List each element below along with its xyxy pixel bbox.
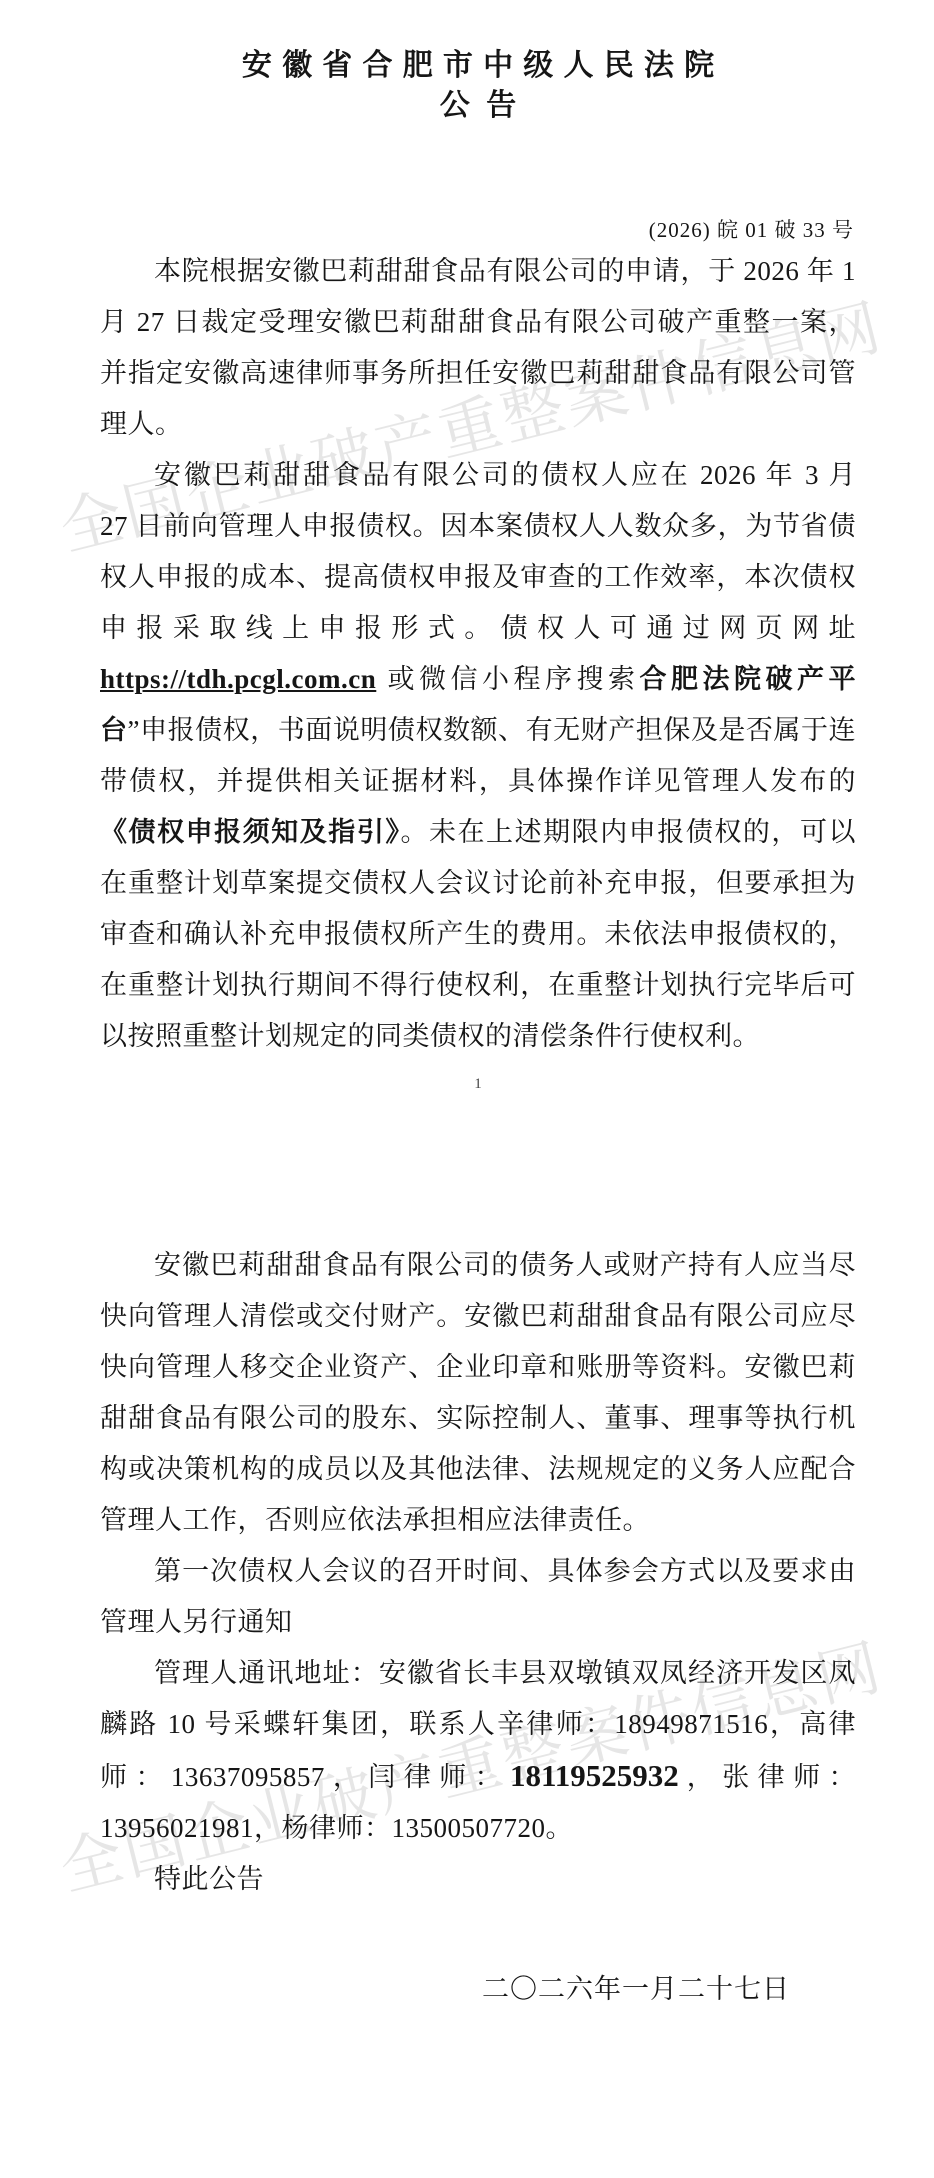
text-segment: 18119525932	[510, 1758, 679, 1793]
text-segment: 《债权申报须知及指引》	[100, 817, 400, 847]
text-segment: 。未在上述期限内申报债权的，可以在重整计划草案提交债权人会议讨论前补充申报，但要…	[100, 817, 856, 1051]
closing-statement: 特此公告	[100, 1854, 856, 1905]
paragraph-debtor-obligations: 安徽巴莉甜甜食品有限公司的债务人或财产持有人应当尽快向管理人清偿或交付财产。安徽…	[100, 1240, 856, 1546]
text-segment: 或微信小程序搜索	[376, 664, 639, 694]
document-content: 安徽省合肥市中级人民法院 公告 (2026) 皖 01 破 33 号 本院根据安…	[100, 46, 856, 2011]
document-date: 二〇二六年一月二十七日	[100, 1967, 790, 2011]
announcement-title: 公告	[100, 86, 856, 126]
paragraph-acceptance-ruling: 本院根据安徽巴莉甜甜食品有限公司的申请，于 2026 年 1 月 27 日裁定受…	[100, 246, 856, 450]
page-number-footer: 1	[100, 1074, 856, 1094]
claim-portal-url[interactable]: https://tdh.pcgl.com.cn	[100, 664, 376, 694]
text-segment: ”申报债权，书面说明债权数额、有无财产担保及是否属于连带债权，并提供相关证据材料…	[100, 715, 856, 796]
court-announcement-document: 全国企业破产重整案件信息网 全国企业破产重整案件信息网 安徽省合肥市中级人民法院…	[0, 0, 934, 2178]
text-segment: 安徽巴莉甜甜食品有限公司的债权人应在 2026 年 3 月 27 日前向管理人申…	[100, 460, 884, 643]
paragraph-first-creditors-meeting: 第一次债权人会议的召开时间、具体参会方式以及要求由管理人另行通知	[100, 1546, 856, 1648]
court-name-title: 安徽省合肥市中级人民法院	[100, 46, 856, 86]
case-number: (2026) 皖 01 破 33 号	[100, 214, 856, 246]
paragraph-claim-declaration: 安徽巴莉甜甜食品有限公司的债权人应在 2026 年 3 月 27 日前向管理人申…	[100, 450, 856, 1062]
paragraph-administrator-contact: 管理人通讯地址：安徽省长丰县双墩镇双凤经济开发区凤麟路 10 号采蝶轩集团，联系…	[100, 1648, 856, 1854]
